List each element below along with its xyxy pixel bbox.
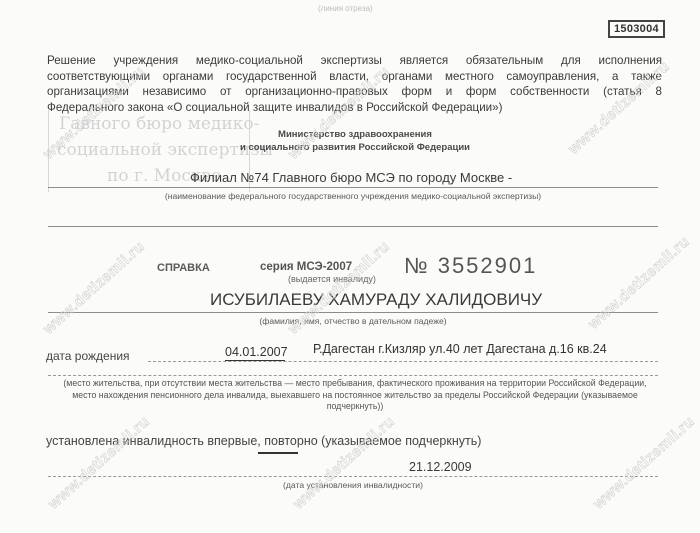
birth-line <box>148 361 658 362</box>
ministry-line: и социального развития Российской Федера… <box>210 141 500 154</box>
first-time-underline-mark <box>258 452 298 454</box>
certificate-document: (линия отреза) 1503004 Решение учреждени… <box>0 0 700 533</box>
certificate-number: № 3552901 <box>404 253 537 279</box>
blank-line <box>48 226 658 227</box>
establishment-date-caption: (дата установления инвалидности) <box>48 480 658 490</box>
institution-underline <box>48 187 658 188</box>
cut-line-caption: (линия отреза) <box>318 4 373 13</box>
institution-name: Филиал №74 Главного бюро МСЭ по городу М… <box>190 170 512 185</box>
birth-date: 04.01.2007 <box>225 345 288 359</box>
certificate-title: СПРАВКА <box>157 262 210 274</box>
address: Р.Дагестан г.Кизляр ул.40 лет Дагестана … <box>313 342 607 356</box>
certificate-series: серия МСЭ-2007 <box>260 261 352 273</box>
form-code: 1503004 <box>608 20 665 38</box>
person-name: ИСУБИЛАЕВУ ХАМУРАДУ ХАЛИДОВИЧУ <box>210 290 542 310</box>
name-caption: (фамилия, имя, отчество в дательном паде… <box>48 316 658 326</box>
birth-date-label: дата рождения <box>46 349 130 363</box>
ministry-line: Министерство здравоохранения <box>210 128 500 141</box>
ministry-heading: Министерство здравоохранения и социально… <box>210 128 500 154</box>
watermark: www.detizemli.ru <box>290 413 398 513</box>
name-underline <box>48 312 658 313</box>
institution-caption: (наименование федерального государственн… <box>48 191 658 201</box>
establishment-date-line <box>48 476 658 477</box>
watermark: www.detizemli.ru <box>45 413 153 513</box>
residence-line <box>48 375 658 376</box>
establishment-date: 21.12.2009 <box>409 460 472 474</box>
watermark: www.detizemli.ru <box>590 413 698 513</box>
residence-caption: (место жительства, при отсутствии места … <box>60 378 650 413</box>
